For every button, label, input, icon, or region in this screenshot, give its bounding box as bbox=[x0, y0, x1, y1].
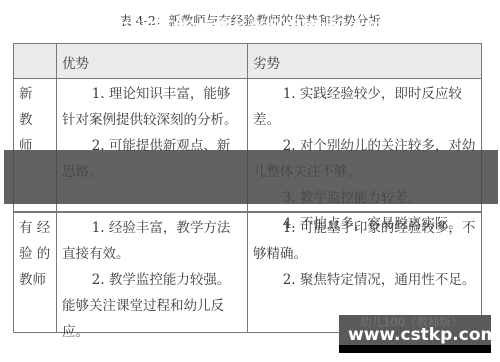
row-label-new-teacher: 新 教 师 bbox=[19, 81, 53, 159]
label-line: 新 bbox=[19, 81, 53, 107]
header-disadvantages: 劣势 bbox=[253, 52, 280, 72]
experienced-teacher-disadvantages: 1. 可能基于印象的经验较多，不够精确。 2. 聚焦特定情况，通用性不足。 bbox=[253, 215, 478, 293]
label-line: 有 经 bbox=[19, 215, 55, 241]
disadvantage-item: 2. 聚焦特定情况，通用性不足。 bbox=[253, 267, 478, 293]
row-label-experienced-teacher: 有 经 验 的 教师 bbox=[19, 215, 55, 293]
advantage-item: 1. 经验丰富，教学方法直接有效。 bbox=[62, 215, 242, 267]
advantage-item: 1. 理论知识丰富，能够针对案例提供较深刻的分析。 bbox=[62, 81, 242, 133]
watermark-bar bbox=[339, 345, 491, 353]
overlay-title: 体育舞蹈计划与训练能力成长的阶段性评估与发展路径探索 bbox=[0, 0, 500, 54]
disadvantage-item: 1. 可能基于印象的经验较多，不够精确。 bbox=[253, 215, 478, 267]
advantage-item: 2. 教学监控能力较强。能够关注课堂过程和幼儿反应。 bbox=[62, 267, 242, 345]
title-overlay-band bbox=[4, 150, 498, 204]
experienced-teacher-advantages: 1. 经验丰富，教学方法直接有效。 2. 教学监控能力较强。能够关注课堂过程和幼… bbox=[62, 215, 242, 345]
label-line: 教 bbox=[19, 107, 53, 133]
header-advantages: 优势 bbox=[62, 52, 89, 72]
label-line: 教师 bbox=[19, 267, 55, 293]
label-line: 验 的 bbox=[19, 241, 55, 267]
watermark-url: www.cstkp.com bbox=[348, 325, 498, 345]
disadvantage-item: 1. 实践经验较少，即时反应较差。 bbox=[253, 81, 478, 133]
